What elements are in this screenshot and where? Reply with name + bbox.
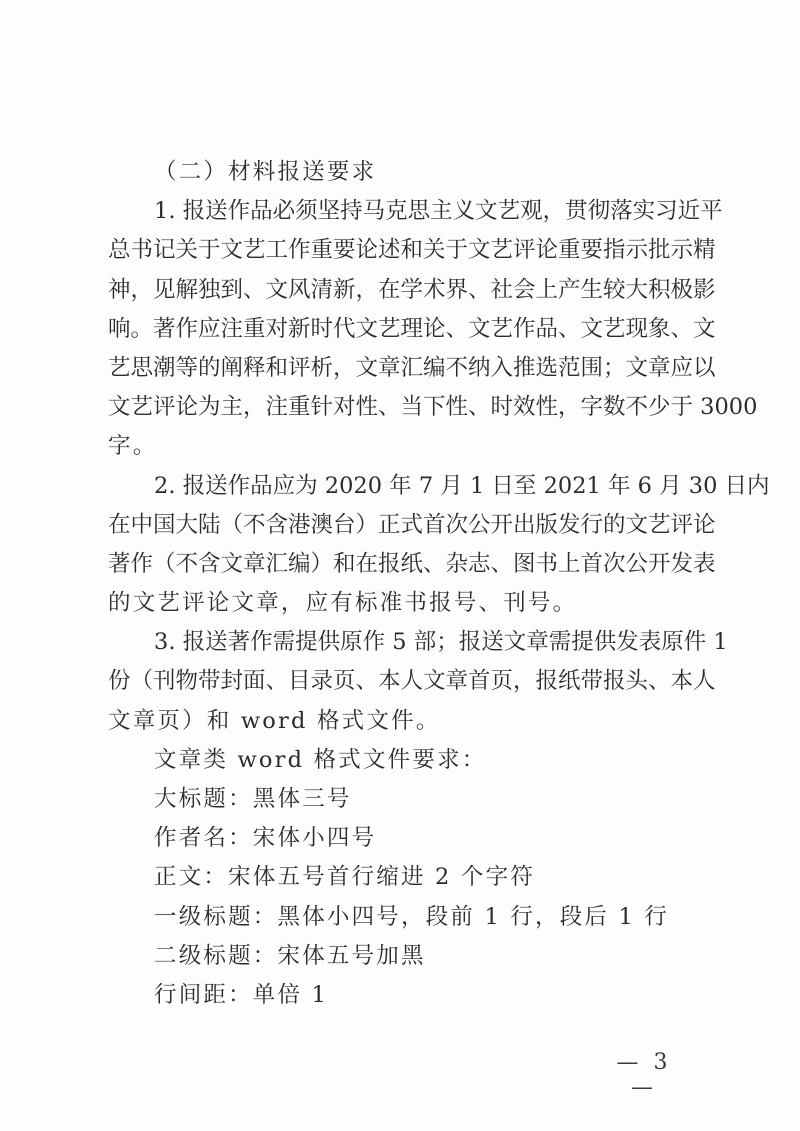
paragraph-line: 3. 报送著作需提供原作 5 部；报送文章需提供发表原件 1: [108, 623, 696, 662]
paragraph-line: 份（刊物带封面、目录页、本人文章首页，报纸带报头、本人: [108, 662, 696, 701]
format-item-body: 正文：宋体五号首行缩进 2 个字符: [108, 858, 696, 897]
paragraph-line: 神，见解独到、文风清新，在学术界、社会上产生较大积极影: [108, 271, 696, 310]
format-requirements-intro: 文章类 word 格式文件要求：: [108, 741, 696, 780]
format-item-heading-1: 一级标题：黑体小四号，段前 1 行，段后 1 行: [108, 898, 696, 937]
page-number: — 3 —: [604, 1050, 684, 1100]
format-item-line-spacing: 行间距：单倍 1: [108, 976, 696, 1015]
paragraph-line: 字。: [108, 427, 696, 466]
paragraph-line: 文章页）和 word 格式文件。: [108, 702, 696, 741]
paragraph-line: 在中国大陆（不含港澳台）正式首次公开出版发行的文艺评论: [108, 506, 696, 545]
paragraph-line: 1. 报送作品必须坚持马克思主义文艺观，贯彻落实习近平: [108, 192, 696, 231]
format-item-heading-2: 二级标题：宋体五号加黑: [108, 937, 696, 976]
paragraph-3: 3. 报送著作需提供原作 5 部；报送文章需提供发表原件 1 份（刊物带封面、目…: [108, 623, 696, 741]
paragraph-1: 1. 报送作品必须坚持马克思主义文艺观，贯彻落实习近平 总书记关于文艺工作重要论…: [108, 192, 696, 466]
paragraph-line: 艺思潮等的阐释和评析，文章汇编不纳入推选范围；文章应以: [108, 349, 696, 388]
document-page: （二）材料报送要求 1. 报送作品必须坚持马克思主义文艺观，贯彻落实习近平 总书…: [108, 153, 696, 1015]
paragraph-line: 文艺评论为主，注重针对性、当下性、时效性，字数不少于 3000: [108, 388, 696, 427]
format-item-author: 作者名：宋体小四号: [108, 819, 696, 858]
paragraph-line: 响。著作应注重对新时代文艺理论、文艺作品、文艺现象、文: [108, 310, 696, 349]
format-requirements: 文章类 word 格式文件要求： 大标题：黑体三号 作者名：宋体小四号 正文：宋…: [108, 741, 696, 1015]
paragraph-line: 著作（不含文章汇编）和在报纸、杂志、图书上首次公开发表: [108, 545, 696, 584]
paragraph-2: 2. 报送作品应为 2020 年 7 月 1 日至 2021 年 6 月 30 …: [108, 467, 696, 624]
format-item-title: 大标题：黑体三号: [108, 780, 696, 819]
paragraph-line: 2. 报送作品应为 2020 年 7 月 1 日至 2021 年 6 月 30 …: [108, 467, 696, 506]
paragraph-line: 的文艺评论文章，应有标准书报号、刊号。: [108, 584, 696, 623]
section-heading: （二）材料报送要求: [108, 153, 696, 192]
paragraph-line: 总书记关于文艺工作重要论述和关于文艺评论重要指示批示精: [108, 231, 696, 270]
